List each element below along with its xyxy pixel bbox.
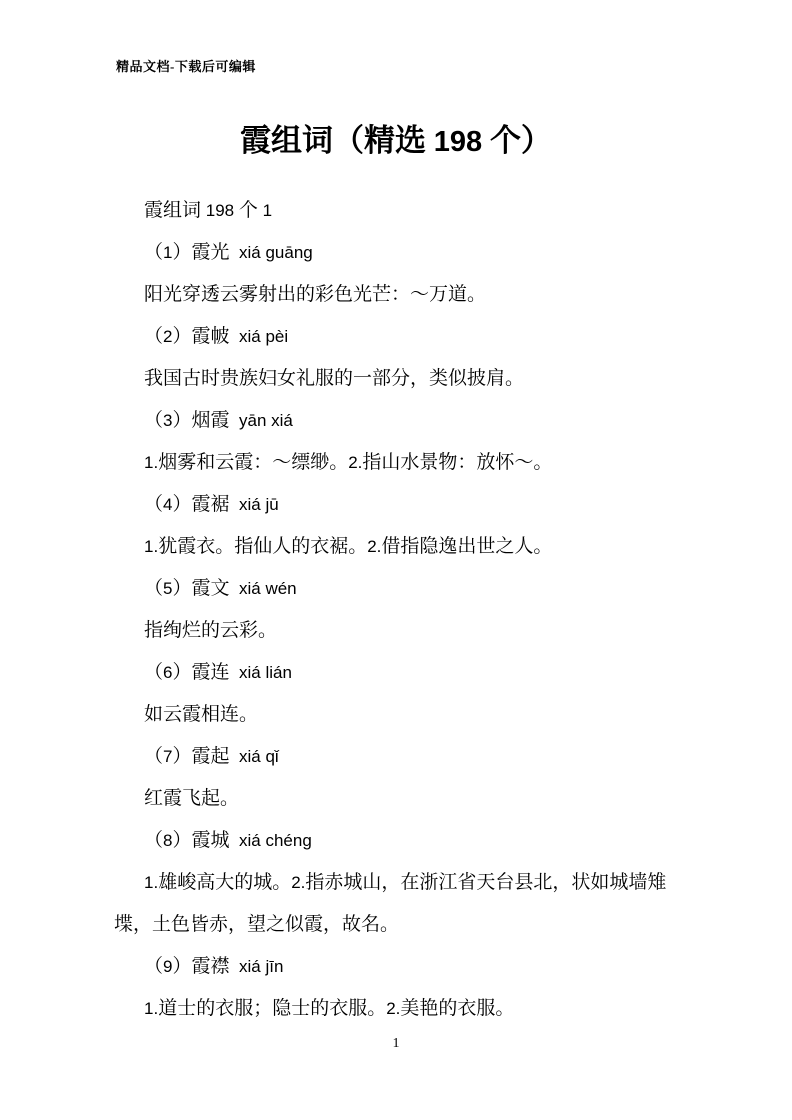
cjk-text: （ (144, 956, 163, 977)
header-watermark: 精品文档-下载后可编辑 (116, 56, 256, 75)
cjk-text: ）霞城 (172, 830, 239, 851)
latin-text: xiá pèi (239, 327, 288, 346)
cjk-text: 阳光穿透云雾射出的彩色光芒：～万道。 (144, 284, 486, 305)
cjk-text: ）霞起 (172, 746, 239, 767)
latin-text: 2. (348, 453, 362, 472)
cjk-text: 美艳的衣服。 (400, 998, 514, 1019)
document-page: 精品文档-下载后可编辑 霞组词（精选 198 个） 霞组词 198 个 1（1）… (0, 0, 792, 1120)
latin-text: 1. (144, 873, 158, 892)
cjk-text: 雄峻高大的城。 (158, 872, 291, 893)
cjk-text: ）霞连 (172, 662, 239, 683)
cjk-text: （ (144, 746, 163, 767)
paragraph: （8）霞城 xiá chéng (114, 820, 678, 862)
latin-text: xiá jū (239, 495, 279, 514)
cjk-text: ）霞文 (172, 578, 239, 599)
cjk-text: 烟雾和云霞：～缥缈。 (158, 452, 348, 473)
paragraph: （2）霞帔 xiá pèi (114, 316, 678, 358)
cjk-text: ）霞裾 (172, 494, 239, 515)
latin-text: 1. (144, 537, 158, 556)
document-body: 霞组词 198 个 1（1）霞光 xiá guāng阳光穿透云雾射出的彩色光芒：… (114, 190, 678, 1030)
latin-text: xiá lián (239, 663, 292, 682)
cjk-text: （ (144, 326, 163, 347)
cjk-text: 红霞飞起。 (144, 788, 239, 809)
latin-text: yān xiá (239, 411, 293, 430)
paragraph: 霞组词 198 个 1 (114, 190, 678, 232)
latin-text: 2. (367, 537, 381, 556)
paragraph: （7）霞起 xiá qǐ (114, 736, 678, 778)
paragraph: 1.犹霞衣。指仙人的衣裾。2.借指隐逸出世之人。 (114, 526, 678, 568)
page-number: 1 (393, 1036, 400, 1051)
cjk-text: ）烟霞 (172, 410, 239, 431)
latin-text: 198 (434, 126, 482, 158)
cjk-text: （ (144, 578, 163, 599)
latin-text: xiá qǐ (239, 747, 279, 766)
paragraph: （1）霞光 xiá guāng (114, 232, 678, 274)
paragraph: 我国古时贵族妇女礼服的一部分，类似披肩。 (114, 358, 678, 400)
latin-text: xiá wén (239, 579, 297, 598)
paragraph: 1.道士的衣服；隐士的衣服。2.美艳的衣服。 (114, 988, 678, 1030)
latin-text: 1. (144, 453, 158, 472)
latin-text: xiá chéng (239, 831, 312, 850)
paragraph: （6）霞连 xiá lián (114, 652, 678, 694)
cjk-text: ）霞帔 (172, 326, 239, 347)
cjk-text: 犹霞衣。指仙人的衣裾。 (158, 536, 367, 557)
page-footer: 1 (0, 1034, 792, 1054)
cjk-text: 我国古时贵族妇女礼服的一部分，类似披肩。 (144, 368, 524, 389)
cjk-text: ）霞光 (172, 242, 239, 263)
paragraph: 阳光穿透云雾射出的彩色光芒：～万道。 (114, 274, 678, 316)
cjk-text: 个 (234, 200, 263, 221)
latin-text: 2. (291, 873, 305, 892)
paragraph: 1.雄峻高大的城。2.指赤城山，在浙江省天台县北，状如城墙雉堞，土色皆赤，望之似… (114, 862, 678, 946)
cjk-text: 霞组词（精选 (240, 123, 434, 158)
latin-text: xiá guāng (239, 243, 313, 262)
paragraph: 如云霞相连。 (114, 694, 678, 736)
paragraph: （9）霞襟 xiá jīn (114, 946, 678, 988)
cjk-text: 霞组词 (144, 200, 206, 221)
latin-text: 198 (206, 201, 234, 220)
cjk-text: 指山水景物：放怀～。 (362, 452, 552, 473)
latin-text: 2. (386, 999, 400, 1018)
cjk-text: ）霞襟 (172, 956, 239, 977)
latin-text: 1 (263, 201, 272, 220)
latin-text: 1. (144, 999, 158, 1018)
paragraph: （4）霞裾 xiá jū (114, 484, 678, 526)
paragraph: 指绚烂的云彩。 (114, 610, 678, 652)
paragraph: 1.烟雾和云霞：～缥缈。2.指山水景物：放怀～。 (114, 442, 678, 484)
cjk-text: 个） (482, 123, 552, 158)
document-title: 霞组词（精选 198 个） (0, 122, 792, 161)
latin-text: xiá jīn (239, 957, 283, 976)
cjk-text: （ (144, 494, 163, 515)
cjk-text: （ (144, 830, 163, 851)
cjk-text: （ (144, 410, 163, 431)
cjk-text: （ (144, 242, 163, 263)
cjk-text: 借指隐逸出世之人。 (381, 536, 552, 557)
paragraph: （3）烟霞 yān xiá (114, 400, 678, 442)
paragraph: （5）霞文 xiá wén (114, 568, 678, 610)
cjk-text: 如云霞相连。 (144, 704, 258, 725)
cjk-text: 指绚烂的云彩。 (144, 620, 277, 641)
cjk-text: 道士的衣服；隐士的衣服。 (158, 998, 386, 1019)
paragraph: 红霞飞起。 (114, 778, 678, 820)
cjk-text: （ (144, 662, 163, 683)
